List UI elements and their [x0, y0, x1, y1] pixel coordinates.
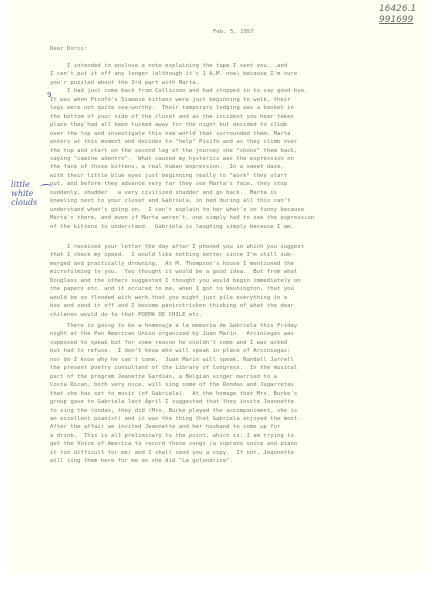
catalog-numbers: 16426.1 991699: [379, 4, 416, 26]
text-line: it too difficult for me) and I shall sen…: [50, 449, 301, 457]
margin-note-line: clouds: [11, 198, 47, 207]
text-line: would be so flooded with work that you m…: [50, 294, 304, 302]
text-line: a drink. This is all preliminary to the …: [50, 432, 301, 440]
text-line: Marta's there, and even if Marta weren't…: [50, 214, 314, 222]
text-line: supposed to speak but for some reason he…: [50, 339, 301, 347]
text-line: the top and start on the second leg of t…: [50, 147, 314, 155]
text-line: microfilming to you. You thought it woul…: [50, 268, 304, 276]
text-line: group gave to Gabriela last April I sugg…: [50, 398, 301, 406]
text-line: I intended to enclose a note explaining …: [50, 62, 314, 70]
paragraph-homenaje: There is going to be a homenaje a la mem…: [50, 322, 301, 466]
paragraph-microfilming: I received your letter the day after I p…: [50, 243, 304, 319]
text-line: kneeling next to your closet and Gabriel…: [50, 197, 314, 205]
text-line: legs were not quite sea-worthy. Their te…: [50, 104, 314, 112]
text-line: Douglass and the others suggested I thou…: [50, 277, 304, 285]
text-line: place they had all been tucked away for …: [50, 121, 314, 129]
catalog-number-primary: 16426.1: [379, 4, 416, 15]
text-line: of the kittens to understand. Gabriela i…: [50, 223, 314, 231]
text-line: that I check my speed. I would like noth…: [50, 251, 304, 259]
text-line: night at the Pan American Union organize…: [50, 330, 301, 338]
text-line: Costa Rican, both very nice, will sing s…: [50, 381, 301, 389]
text-line: that she has set to music (of Gabriela).…: [50, 390, 301, 398]
text-line: I received your letter the day after I p…: [50, 243, 304, 251]
text-line: the present poetry consultant of the Lib…: [50, 364, 301, 372]
text-line: an excellent pianist) and it was the thi…: [50, 415, 301, 423]
text-line: chilenos would do to that POEMA DE CHILE…: [50, 311, 304, 319]
text-line: the bottom of your side of the closet an…: [50, 113, 314, 121]
text-line: get the Voice of America to record these…: [50, 440, 301, 448]
text-line: but had to refuse. I don't know who will…: [50, 347, 301, 355]
text-line: box and send it off and I become panicst…: [50, 302, 304, 310]
text-line: the papers etc. and it occured to me, wh…: [50, 285, 304, 293]
text-line: I can't put it off any longer (although …: [50, 70, 314, 78]
text-line: There is going to be a homenaje a la mem…: [50, 322, 301, 330]
paragraph-kittens: I intended to enclose a note explaining …: [50, 62, 314, 231]
text-line: merged and practically drowning. At M. T…: [50, 260, 304, 268]
text-line: with their little blue eyes just beginni…: [50, 172, 314, 180]
text-line: will sing them here for me as she did "L…: [50, 457, 301, 465]
text-line: I had just come back from Callicoon and …: [50, 87, 314, 95]
catalog-number-secondary: 991699: [379, 15, 416, 26]
text-line: saying "camine adentro". What caused my …: [50, 155, 314, 163]
text-line: suddenly, shudder a very civilized shudd…: [50, 189, 314, 197]
text-line: you'r puzzled about the 3rd part with Ma…: [50, 79, 314, 87]
text-line: out, and before they advance very far th…: [50, 180, 314, 188]
text-line: nor do I know why he can't come. Juan Ma…: [50, 356, 301, 364]
text-line: part of the program Jeanette Gardián, a …: [50, 373, 301, 381]
salutation: Dear Doris:: [50, 45, 87, 53]
text-line: the face of those kittens, a real human …: [50, 163, 314, 171]
text-line: enters at this moment and decides to "he…: [50, 138, 314, 146]
text-line: It was when Pisofó's Siamese kittens wer…: [50, 96, 314, 104]
text-line: over the top and investigate this new wo…: [50, 130, 314, 138]
letter-date: Feb. 5, 1957: [213, 28, 254, 36]
text-line: to sing the rondas, they did (Mrs. Burke…: [50, 407, 301, 415]
text-line: understand what's going on. I can't expl…: [50, 206, 314, 214]
margin-note-line: white: [11, 189, 47, 198]
text-line: After the affair we invited Jeannette an…: [50, 423, 301, 431]
